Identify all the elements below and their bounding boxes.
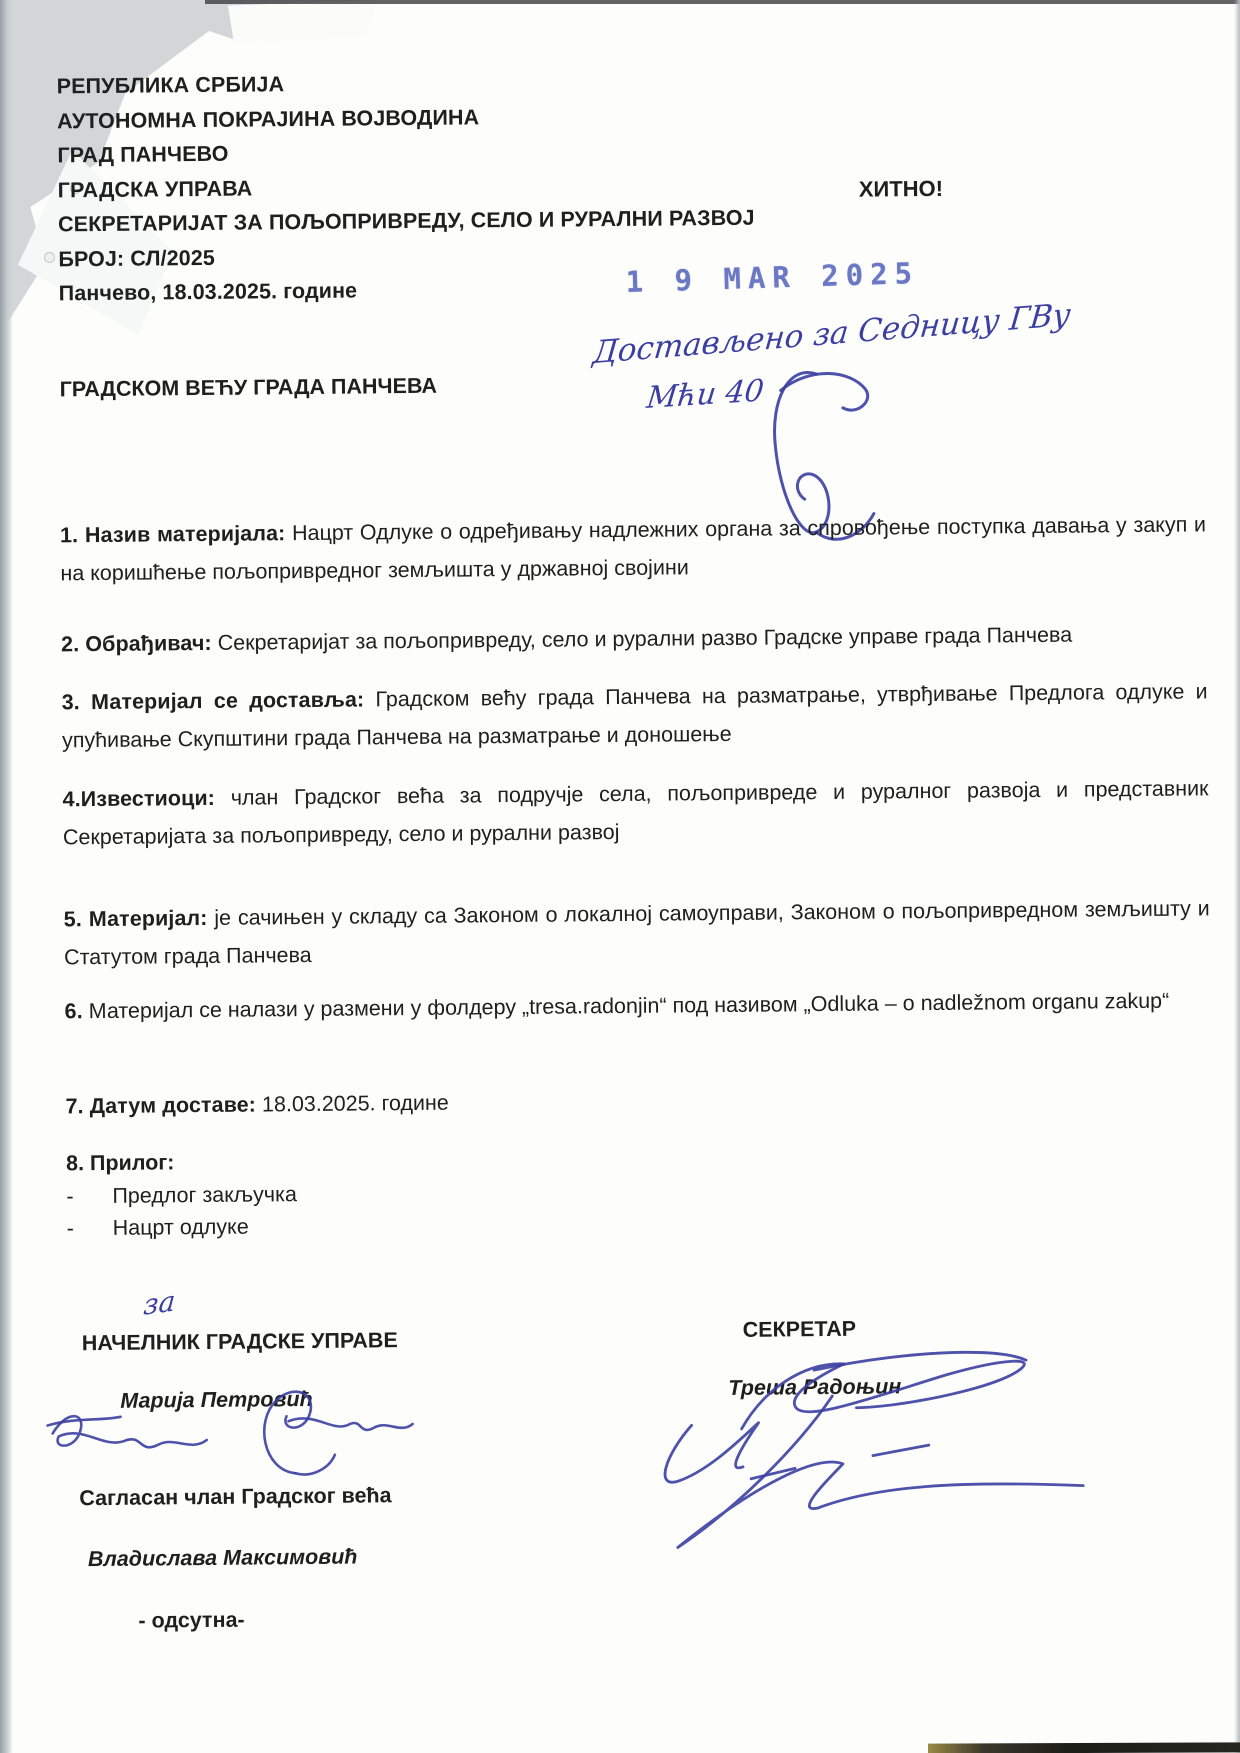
item-3-label: 3. Материјал се доставља: [62, 687, 365, 714]
handwritten-note-line2: Мћи 40 [645, 373, 766, 416]
signature-left-1 [44, 1400, 215, 1474]
item-6-text: Материјал се налази у размени у фолдеру … [83, 989, 1170, 1023]
attachments-label: 8. Прилог: [66, 1146, 666, 1177]
item-6-label: 6. [64, 999, 82, 1023]
handwritten-za-mark: за [142, 1284, 176, 1322]
attachment-item: - Нацрт одлуке [67, 1207, 667, 1245]
item-7: 7. Датум доставе: 18.03.2025. године [65, 1076, 1211, 1125]
attachment-text: Нацрт одлуке [113, 1211, 249, 1244]
item-3: 3. Материјал се доставља: Градском већу … [61, 672, 1208, 759]
item-4-label: 4.Известиоци: [62, 786, 215, 811]
signature-secretary [646, 1334, 1088, 1563]
absent-status: - одсутна- [138, 1608, 244, 1634]
document-content: РЕПУБЛИКА СРБИЈА АУТОНОМНА ПОКРАЈИНА ВОЈ… [0, 0, 1240, 1753]
consent-line: Сагласан члан Градског већа [79, 1483, 392, 1511]
consent-name: Владислава Максимовић [88, 1545, 358, 1573]
addressee-line: ГРАДСКОМ ВЕЋУ ГРАДА ПАНЧЕВА [60, 374, 438, 403]
item-2-label: 2. Обрађивач: [61, 631, 212, 656]
item-5-text: је сачињен у складу са Законом о локално… [64, 896, 1210, 969]
item-1: 1. Назив материјала: Нацрт Одлуке о одре… [60, 505, 1207, 592]
attachments-block: 8. Прилог: - Предлог закључка - Нацрт од… [66, 1146, 667, 1245]
item-5: 5. Материјал: је сачињен у складу са Зак… [64, 889, 1211, 976]
item-7-label: 7. Датум доставе: [65, 1093, 256, 1119]
item-7-text: 18.03.2025. године [256, 1091, 449, 1117]
letterhead-line: СЕКРЕТАРИЈАТ ЗА ПОЉОПРИВРЕДУ, СЕЛО И РУР… [58, 201, 755, 242]
signature-left-2 [232, 1376, 418, 1478]
scanned-document-page: РЕПУБЛИКА СРБИЈА АУТОНОМНА ПОКРАЈИНА ВОЈ… [0, 0, 1240, 1753]
item-2: 2. Обрађивач: Секретаријат за пољопривре… [61, 614, 1207, 663]
bullet-dash: - [66, 1180, 112, 1212]
item-5-label: 5. Материјал: [64, 906, 208, 931]
item-6: 6. Материјал се налази у размени у фолде… [64, 981, 1210, 1030]
bullet-dash: - [67, 1212, 113, 1244]
chief-title: НАЧЕЛНИК ГРАДСКЕ УПРАВЕ [82, 1328, 398, 1356]
item-4: 4.Известиоци: члан Градског већа за подр… [62, 769, 1209, 856]
item-4-text: члан Градског већа за подручје села, пољ… [63, 776, 1209, 849]
item-2-text: Секретаријат за пољопривреду, село и рур… [212, 623, 1073, 655]
attachment-text: Предлог закључка [112, 1178, 297, 1212]
item-1-label: 1. Назив материјала: [60, 521, 286, 547]
urgent-label: ХИТНО! [859, 176, 944, 203]
